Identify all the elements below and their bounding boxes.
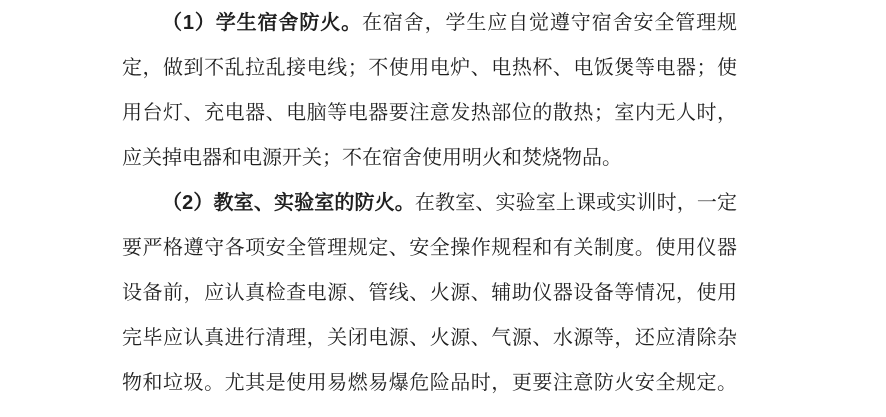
text-run: 用台灯、充电器、电脑等电器要注意发热部位的散热；室内无人时， xyxy=(122,102,737,124)
text-run: 定，做到不乱拉乱接电线；不使用电炉、电热杯、电饭煲等电器；使 xyxy=(122,57,737,79)
text-run: 要严格遵守各项安全管理规定、安全操作规程和有关制度。使用仪器 xyxy=(122,237,737,259)
text-run: 应关掉电器和电源开关；不在宿舍使用明火和焚烧物品。 xyxy=(122,147,622,169)
text-line-dorm-4: 应关掉电器和电源开关；不在宿舍使用明火和焚烧物品。 xyxy=(122,136,737,181)
text-run: 在宿舍，学生应自觉遵守宿舍安全管理规 xyxy=(362,12,737,34)
text-line-dorm-3: 用台灯、充电器、电脑等电器要注意发热部位的散热；室内无人时， xyxy=(122,91,737,136)
text-line-classroom-3: 设备前，应认真检查电源、管线、火源、辅助仪器设备等情况，使用 xyxy=(122,271,737,316)
text-run: 设备前，应认真检查电源、管线、火源、辅助仪器设备等情况，使用 xyxy=(122,282,737,304)
fire-safety-text-block: （1）学生宿舍防火。在宿舍，学生应自觉遵守宿舍安全管理规 定，做到不乱拉乱接电线… xyxy=(122,1,737,406)
text-line-classroom-2: 要严格遵守各项安全管理规定、安全操作规程和有关制度。使用仪器 xyxy=(122,226,737,271)
text-line-dorm-2: 定，做到不乱拉乱接电线；不使用电炉、电热杯、电饭煲等电器；使 xyxy=(122,46,737,91)
text-line-dorm-1: （1）学生宿舍防火。在宿舍，学生应自觉遵守宿舍安全管理规 xyxy=(122,1,737,46)
heading-dorm-fire: （1）学生宿舍防火。 xyxy=(162,12,362,34)
text-line-classroom-5: 物和垃圾。尤其是使用易燃易爆危险品时，更要注意防火安全规定。 xyxy=(122,361,737,406)
text-line-classroom-4: 完毕应认真进行清理，关闭电源、火源、气源、水源等，还应清除杂 xyxy=(122,316,737,361)
document-page: （1）学生宿舍防火。在宿舍，学生应自觉遵守宿舍安全管理规 定，做到不乱拉乱接电线… xyxy=(0,0,886,417)
text-run: 完毕应认真进行清理，关闭电源、火源、气源、水源等，还应清除杂 xyxy=(122,327,737,349)
heading-classroom-fire: （2）教室、实验室的防火。 xyxy=(162,192,415,214)
text-line-classroom-1: （2）教室、实验室的防火。在教室、实验室上课或实训时，一定 xyxy=(122,181,737,226)
text-run: 在教室、实验室上课或实训时，一定 xyxy=(415,192,737,214)
text-run: 物和垃圾。尤其是使用易燃易爆危险品时，更要注意防火安全规定。 xyxy=(122,372,737,394)
